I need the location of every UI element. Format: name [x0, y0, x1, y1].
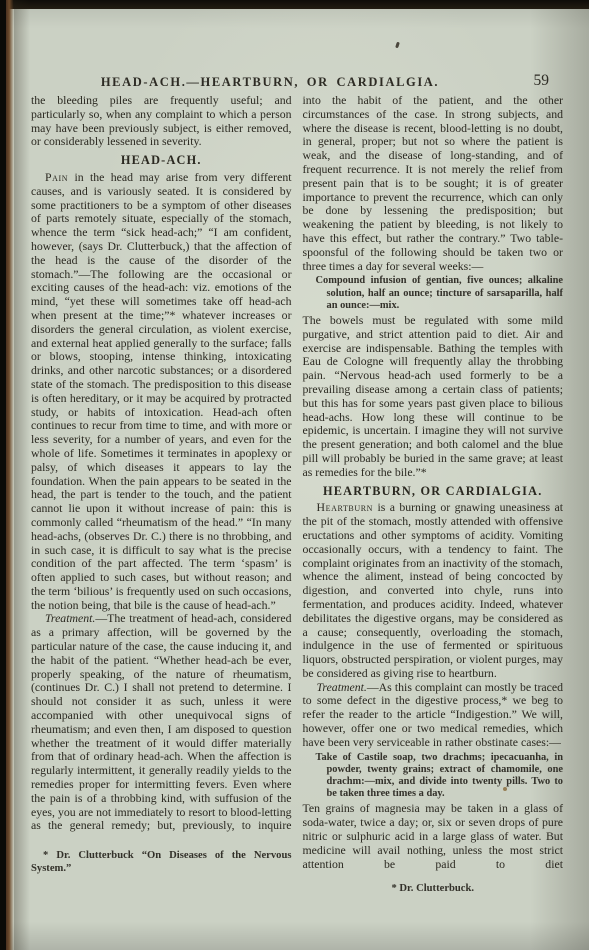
scan-edge-top: [0, 0, 589, 9]
binding-edge: [6, 0, 14, 950]
paragraph-heartburn-description: Heartburn is a burning or gnawing uneasi…: [303, 501, 564, 680]
paragraph-body-text: is a burning or gnawing uneasiness at th…: [303, 500, 564, 680]
paragraph-headach-treatment: Treatment.—The treatment of head-ach, co…: [31, 612, 292, 833]
paragraph-bowels-regulated: The bowels must be regulated with some m…: [303, 314, 564, 480]
page-number: 59: [534, 72, 550, 90]
prescription-castile-soap-pills: Take of Castile soap, two drachms; ipeca…: [313, 752, 564, 801]
footnote-clutterbuck: * Dr. Clutterbuck.: [303, 883, 564, 896]
paragraph-lead-word: Heartburn: [317, 500, 374, 514]
paragraph-habit-of-patient: into the habit of the patient, and the o…: [303, 94, 564, 273]
paragraph-magnesia: Ten grains of magnesia may be taken in a…: [303, 802, 564, 871]
section-heading-heartburn: HEARTBURN, OR CARDIALGIA.: [303, 485, 564, 499]
prescription-gentian-infusion: Compound infusion of gentian, five ounce…: [313, 275, 564, 312]
paragraph-lead-word: Treatment.: [317, 680, 367, 694]
paragraph-lead-word: Pain: [45, 170, 68, 184]
right-column: into the habit of the patient, and the o…: [303, 94, 564, 950]
footnote-clutterbuck-nervous-system: * Dr. Clutterbuck “On Diseases of the Ne…: [31, 850, 292, 875]
running-title: HEAD-ACH.—HEARTBURN, OR CARDIALGIA.: [32, 75, 508, 90]
paragraph-lead-word: Treatment.: [45, 611, 95, 625]
text-columns: the bleeding piles are frequently useful…: [31, 94, 563, 950]
page-header: HEAD-ACH.—HEARTBURN, OR CARDIALGIA. 59: [32, 72, 563, 92]
binding-shadow: [14, 0, 30, 950]
paragraph-body-text: in the head may arise from very differen…: [31, 170, 292, 612]
left-column: the bleeding piles are frequently useful…: [31, 94, 292, 950]
paragraph-heartburn-treatment: Treatment.—As this complaint can mostly …: [303, 681, 564, 750]
ink-speck: [395, 42, 400, 49]
paragraph-bleeding-piles: the bleeding piles are frequently useful…: [31, 94, 292, 149]
book-page-scan: HEAD-ACH.—HEARTBURN, OR CARDIALGIA. 59 t…: [0, 0, 589, 950]
paragraph-pain-causes: Pain in the head may arise from very dif…: [31, 171, 292, 613]
section-heading-headach: HEAD-ACH.: [31, 154, 292, 168]
paragraph-body-text: —The treatment of head-ach, considered a…: [31, 611, 292, 832]
